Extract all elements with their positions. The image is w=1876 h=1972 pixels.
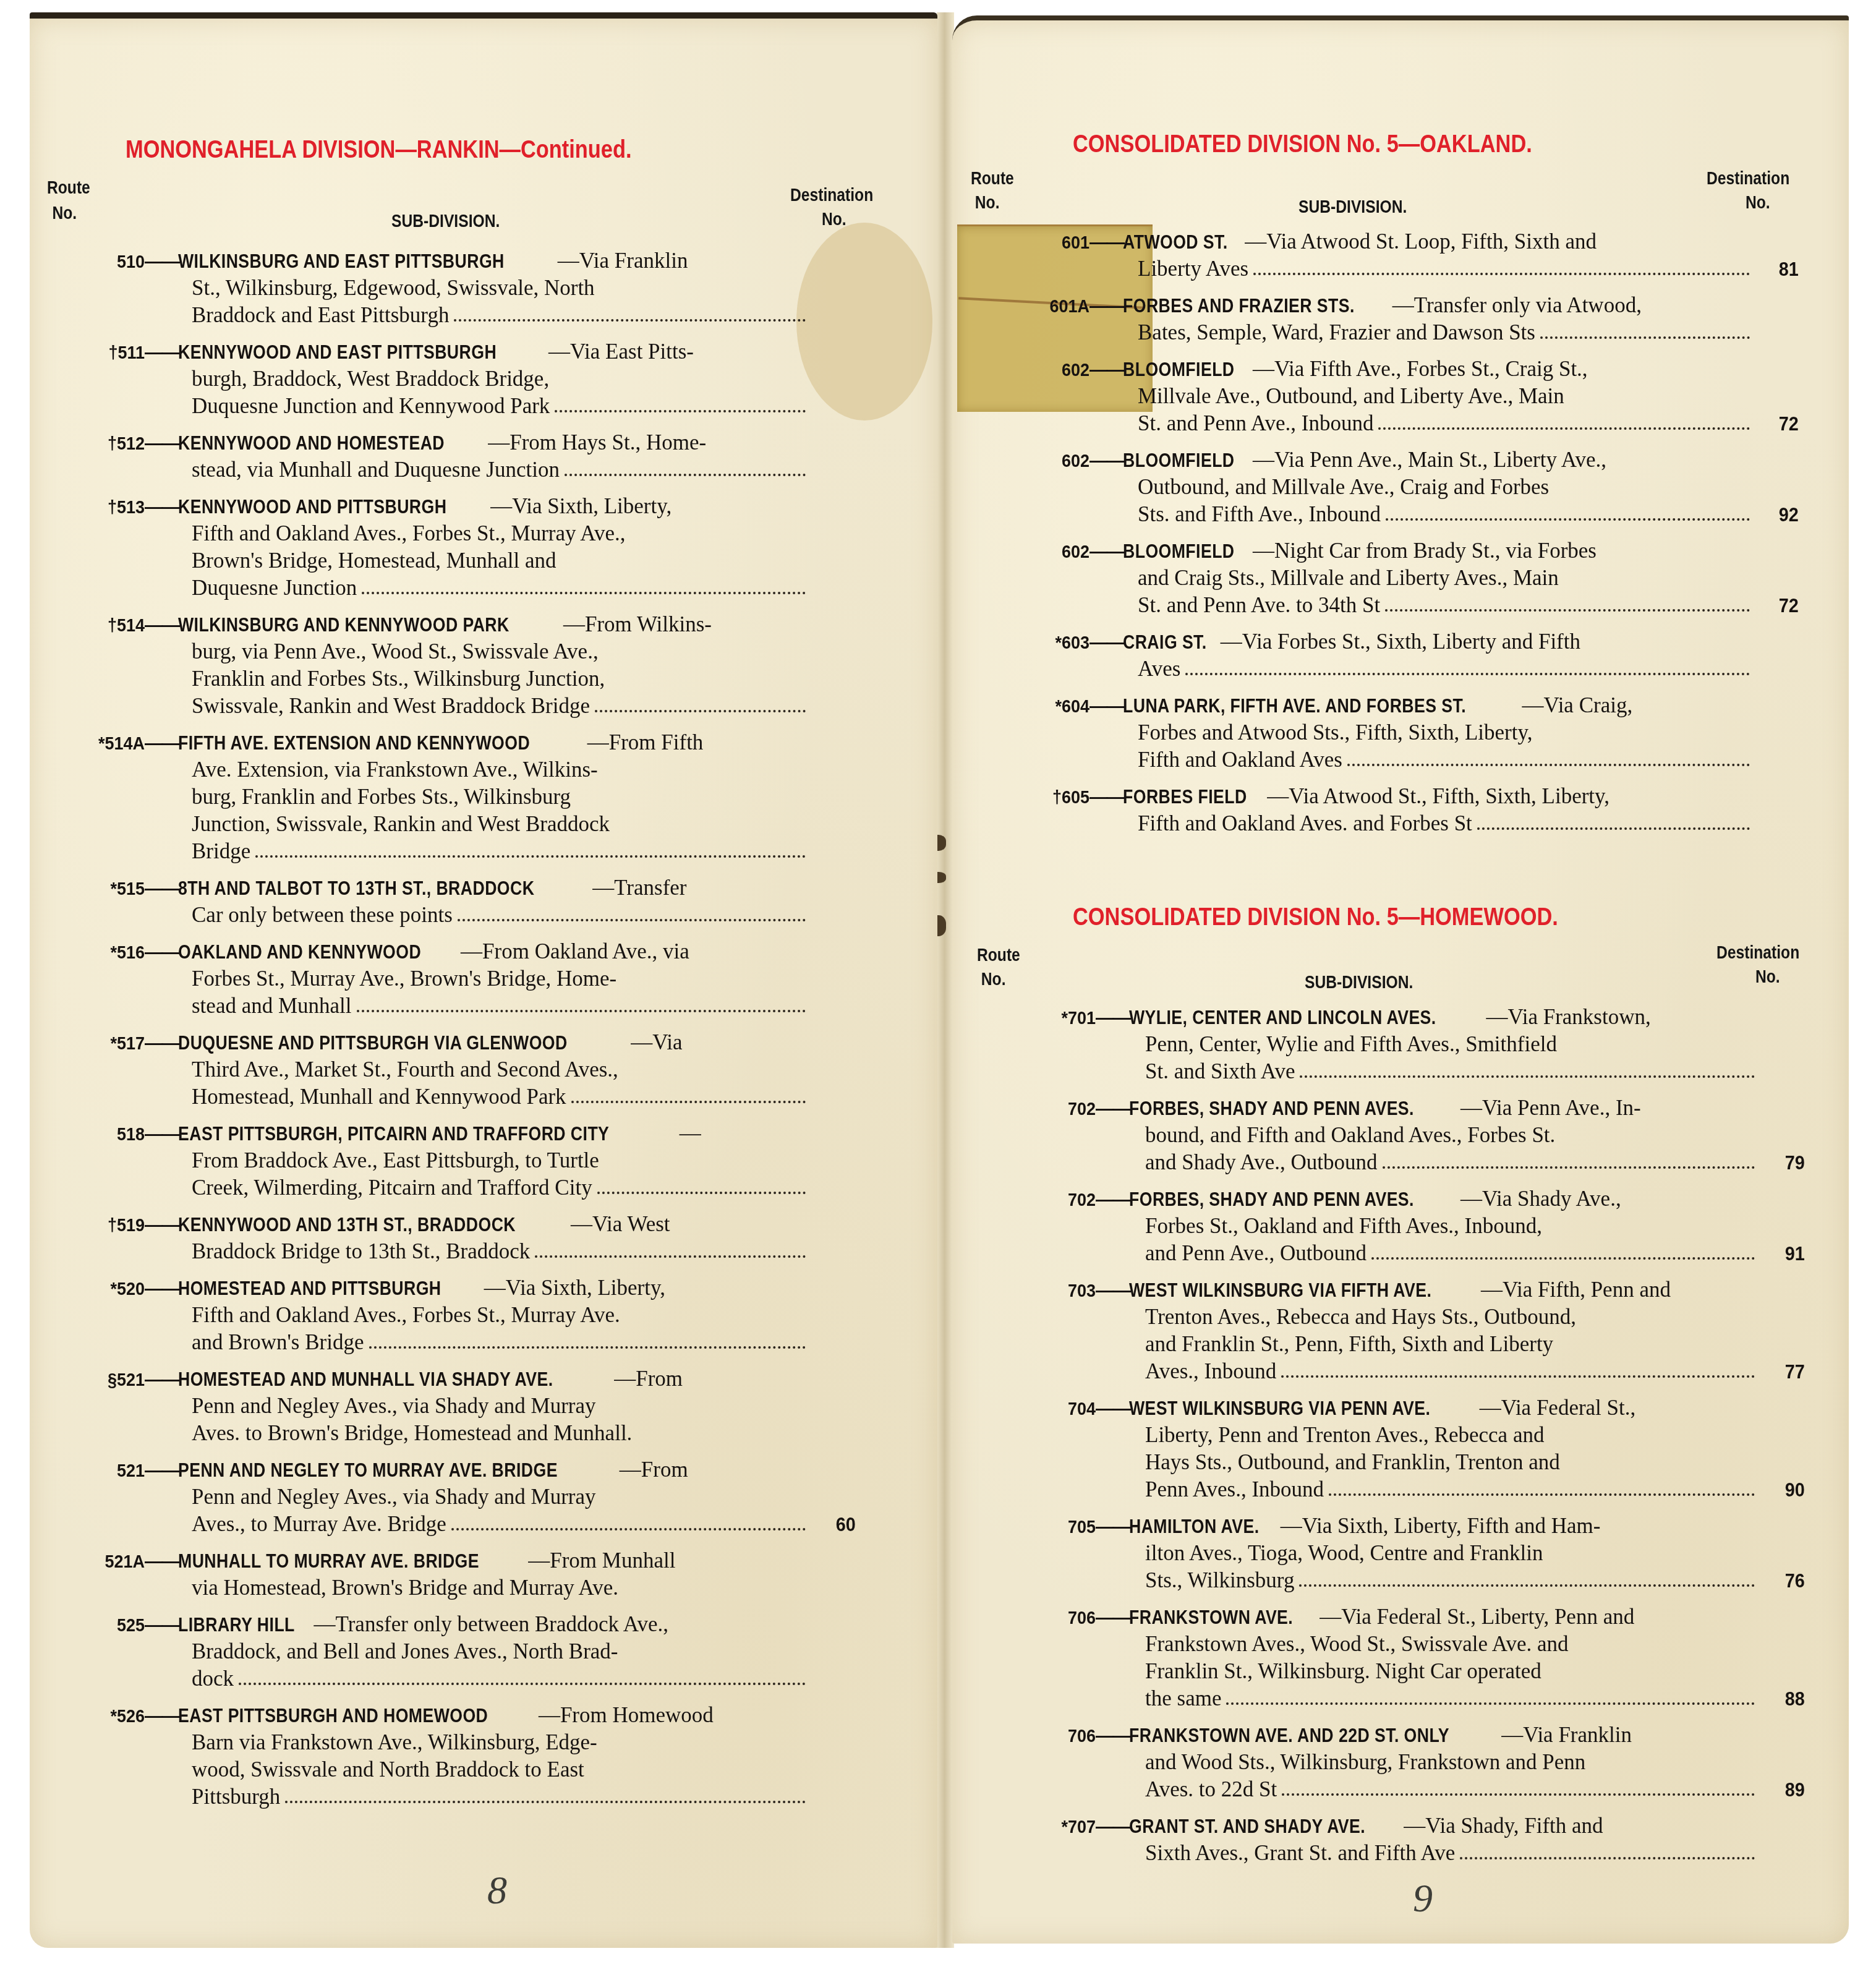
destination-number: 72 [1779, 592, 1799, 619]
entry-first-line: *603——CRAIG ST.—Via Forbes St., Sixth, L… [952, 628, 1849, 655]
left-page: MONONGAHELA DIVISION—RANKIN—Continued. R… [30, 12, 937, 1948]
entry-continuation-line: Aves., to Murray Ave. Bridge60 [30, 1511, 937, 1538]
dot-leader [535, 1255, 806, 1258]
entry-continuation-line: Penn and Negley Aves., via Shady and Mur… [30, 1393, 937, 1420]
entry-first-line: †605——FORBES FIELD—Via Atwood St., Fifth… [952, 783, 1849, 810]
route-number: 602 [966, 357, 1089, 384]
route-description: Fifth and Oakland Aves., Forbes St., Mur… [192, 1303, 620, 1327]
dot-leader [451, 1528, 806, 1530]
page-number: 8 [487, 1867, 507, 1913]
entry-continuation-line: Liberty Aves81 [952, 255, 1849, 283]
destination-number: 77 [1785, 1358, 1805, 1385]
route-description: —Via Federal St., [1480, 1394, 1636, 1422]
route-entry: 602——BLOOMFIELD—Night Car from Brady St.… [952, 537, 1849, 619]
dot-leader [255, 855, 806, 858]
route-number: †513 [41, 494, 145, 521]
destination-col-header: Destination No. [790, 186, 873, 230]
dot-leader [1460, 1857, 1755, 1859]
route-list-oakland: 601——ATWOOD ST.—Via Atwood St. Loop, Fif… [952, 228, 1849, 847]
entry-continuation-line: Aves. to 22d St89 [952, 1776, 1849, 1803]
subdivision-title: FIFTH AVE. EXTENSION AND KENNYWOOD [178, 730, 530, 757]
route-description: stead and Munhall [192, 994, 352, 1018]
book-spine [937, 12, 954, 1948]
route-entry: 601A——FORBES AND FRAZIER STS.—Transfer o… [952, 292, 1849, 346]
route-entry: 706——FRANKSTOWN AVE.—Via Federal St., Li… [952, 1603, 1849, 1712]
entry-continuation-line: dock [30, 1665, 937, 1692]
entry-first-line: 602——BLOOMFIELD—Via Fifth Ave., Forbes S… [952, 356, 1849, 383]
entry-continuation-line: Fifth and Oakland Aves., Forbes St., Mur… [30, 520, 937, 547]
route-description: Penn and Negley Aves., via Shady and Mur… [192, 1394, 596, 1418]
dot-leader [1253, 273, 1750, 275]
entry-continuation-line: the same88 [952, 1685, 1849, 1712]
route-description: Fifth and Oakland Aves. and Forbes St [1138, 811, 1472, 835]
route-description: Hays Sts., Outbound, and Franklin, Trent… [1145, 1450, 1560, 1474]
entry-first-line: *516——OAKLAND AND KENNYWOOD—From Oakland… [30, 938, 937, 965]
route-description: —Via Shady, Fifth and [1404, 1812, 1603, 1840]
route-description: —Via Frankstown, [1486, 1004, 1651, 1031]
entry-continuation-line: Brown's Bridge, Homestead, Munhall and [30, 547, 937, 574]
entry-first-line: 706——FRANKSTOWN AVE. AND 22D ST. ONLY—Vi… [952, 1722, 1849, 1749]
entry-continuation-line: Car only between these points [30, 902, 937, 929]
route-description: Swissvale, Rankin and West Braddock Brid… [192, 694, 590, 718]
dot-leader [362, 592, 806, 594]
subdivision-title: BLOOMFIELD [1123, 356, 1235, 383]
route-description: —From Hays St., Home- [488, 429, 706, 456]
route-description: and Shady Ave., Outbound [1145, 1150, 1378, 1174]
dot-leader [1347, 764, 1750, 766]
entry-continuation-line: Fifth and Oakland Aves [952, 746, 1849, 774]
route-entry: 702——FORBES, SHADY AND PENN AVES.—Via Pe… [952, 1095, 1849, 1176]
subdivision-title: CRAIG ST. [1123, 629, 1207, 656]
entry-continuation-line: St. and Sixth Ave [952, 1058, 1849, 1085]
entry-continuation-line: Junction, Swissvale, Rankin and West Bra… [30, 811, 937, 838]
subdivision-title: HOMESTEAD AND PITTSBURGH [178, 1275, 441, 1302]
route-description: —Via [631, 1029, 682, 1056]
entry-continuation-line: Ave. Extension, via Frankstown Ave., Wil… [30, 756, 937, 783]
route-number: †514 [41, 612, 145, 639]
entry-continuation-line: Penn Aves., Inbound90 [952, 1476, 1849, 1503]
entry-continuation-line: Forbes and Atwood Sts., Fifth, Sixth, Li… [952, 719, 1849, 746]
subdivision-title: LUNA PARK, FIFTH AVE. AND FORBES ST. [1123, 693, 1466, 720]
route-description: burg, Franklin and Forbes Sts., Wilkinsb… [192, 785, 571, 809]
route-dash: —— [145, 1367, 178, 1394]
subdivision-title: KENNYWOOD AND HOMESTEAD [178, 430, 445, 457]
route-description: —Via Franklin [558, 247, 688, 275]
entry-continuation-line: Pittsburgh [30, 1783, 937, 1811]
destination-number: 90 [1785, 1476, 1805, 1503]
destination-label: Destination [1707, 169, 1789, 189]
route-description: Millvale Ave., Outbound, and Liberty Ave… [1138, 384, 1564, 408]
route-description: — [680, 1120, 701, 1147]
route-description: —From Fifth [587, 729, 704, 756]
route-description: —Via Fifth Ave., Forbes St., Craig St., [1253, 356, 1588, 383]
entry-first-line: 703——WEST WILKINSBURG VIA FIFTH AVE.—Via… [952, 1276, 1849, 1304]
route-description: Liberty Aves [1138, 257, 1248, 281]
route-dash: —— [145, 1030, 178, 1057]
route-number: 510 [41, 249, 145, 276]
route-description: Sts., Wilkinsburg [1145, 1568, 1294, 1592]
route-no-label: No. [981, 970, 1020, 990]
route-dash: —— [145, 430, 178, 458]
entry-first-line: 525——LIBRARY HILL—Transfer only between … [30, 1611, 937, 1638]
entry-continuation-line: bound, and Fifth and Oakland Aves., Forb… [952, 1122, 1849, 1149]
route-dash: —— [1089, 630, 1123, 657]
entry-continuation-line: wood, Swissvale and North Braddock to Ea… [30, 1756, 937, 1783]
entry-first-line: †513——KENNYWOOD AND PITTSBURGH—Via Sixth… [30, 493, 937, 520]
route-description: St. and Sixth Ave [1145, 1059, 1295, 1083]
entry-first-line: 702——FORBES, SHADY AND PENN AVES.—Via Pe… [952, 1095, 1849, 1122]
route-col-header: Route No. [977, 945, 1020, 990]
entry-continuation-line: Trenton Aves., Rebecca and Hays Sts., Ou… [952, 1304, 1849, 1331]
route-no-label: No. [975, 193, 1014, 213]
entry-continuation-line: via Homestead, Brown's Bridge and Murray… [30, 1574, 937, 1602]
route-number: 518 [41, 1121, 145, 1148]
route-description: Barn via Frankstown Ave., Wilkinsburg, E… [192, 1730, 597, 1754]
dot-leader [285, 1801, 806, 1803]
route-description: St. and Penn Ave., Inbound [1138, 411, 1373, 435]
entry-continuation-line: and Penn Ave., Outbound91 [952, 1240, 1849, 1267]
route-description: Penn Aves., Inbound [1145, 1477, 1324, 1501]
entry-continuation-line: Penn and Negley Aves., via Shady and Mur… [30, 1483, 937, 1511]
route-description: via Homestead, Brown's Bridge and Murray… [192, 1576, 618, 1600]
route-description: Aves. to 22d St [1145, 1777, 1277, 1801]
route-description: bound, and Fifth and Oakland Aves., Forb… [1145, 1123, 1555, 1147]
route-description: Forbes St., Murray Ave., Brown's Bridge,… [192, 967, 616, 991]
subdivision-title: BLOOMFIELD [1123, 447, 1235, 474]
entry-continuation-line: Sts. and Fifth Ave., Inbound92 [952, 501, 1849, 528]
route-description: —From Wilkins- [563, 611, 712, 638]
route-entry: 521——PENN AND NEGLEY TO MURRAY AVE. BRID… [30, 1456, 937, 1538]
route-description: Aves. to Brown's Bridge, Homestead and M… [192, 1421, 632, 1445]
route-number: 521A [41, 1548, 145, 1576]
subdivision-title: ATWOOD ST. [1123, 229, 1228, 256]
route-entry: †511——KENNYWOOD AND EAST PITTSBURGH—Via … [30, 338, 937, 420]
route-description: Third Ave., Market St., Fourth and Secon… [192, 1057, 618, 1082]
subdivision-title: MUNHALL TO MURRAY AVE. BRIDGE [178, 1548, 479, 1575]
route-number: 706 [966, 1723, 1096, 1750]
dot-leader [1540, 336, 1750, 339]
entry-continuation-line: Third Ave., Market St., Fourth and Secon… [30, 1056, 937, 1083]
route-description: —Via Shady Ave., [1460, 1185, 1621, 1213]
destination-number: 79 [1785, 1149, 1805, 1176]
dot-leader [1477, 827, 1750, 830]
dot-leader [1299, 1584, 1755, 1587]
route-entry: *701——WYLIE, CENTER AND LINCOLN AVES.—Vi… [952, 1004, 1849, 1085]
route-number: *520 [41, 1276, 145, 1303]
dot-leader [1281, 1375, 1755, 1378]
entry-continuation-line: and Craig Sts., Millvale and Liberty Ave… [952, 565, 1849, 592]
entry-first-line: 706——FRANKSTOWN AVE.—Via Federal St., Li… [952, 1603, 1849, 1631]
route-number: *707 [966, 1814, 1096, 1841]
destination-number: 72 [1779, 410, 1799, 437]
entry-continuation-line: Hays Sts., Outbound, and Franklin, Trent… [952, 1449, 1849, 1476]
route-entry: 704——WEST WILKINSBURG VIA PENN AVE.—Via … [952, 1394, 1849, 1503]
route-description: —From Munhall [528, 1547, 675, 1574]
route-description: —Via Sixth, Liberty, [490, 493, 672, 520]
destination-number: 92 [1779, 501, 1799, 528]
entry-first-line: 602——BLOOMFIELD—Night Car from Brady St.… [952, 537, 1849, 565]
route-description: ilton Aves., Tioga, Wood, Centre and Fra… [1145, 1541, 1543, 1565]
dot-leader [565, 474, 806, 476]
route-number: 702 [966, 1096, 1096, 1123]
route-description: —Night Car from Brady St., via Forbes [1253, 537, 1597, 565]
route-description: St. and Penn Ave. to 34th St [1138, 593, 1380, 617]
entry-first-line: 702——FORBES, SHADY AND PENN AVES.—Via Sh… [952, 1185, 1849, 1213]
entry-continuation-line: St. and Penn Ave., Inbound72 [952, 410, 1849, 437]
route-description: —Via West [571, 1211, 670, 1238]
entry-continuation-line: Braddock and East Pittsburgh [30, 302, 937, 329]
right-page: CONSOLIDATED DIVISION No. 5—OAKLAND. Rou… [952, 15, 1849, 1944]
route-description: Franklin and Forbes Sts., Wilkinsburg Ju… [192, 667, 605, 691]
entry-continuation-line: Swissvale, Rankin and West Braddock Brid… [30, 693, 937, 720]
route-entry: †519——KENNYWOOD AND 13TH ST., BRADDOCK—V… [30, 1211, 937, 1265]
entry-continuation-line: Sixth Aves., Grant St. and Fifth Ave [952, 1840, 1849, 1867]
destination-number: 88 [1785, 1685, 1805, 1712]
route-description: —Via Fifth, Penn and [1481, 1276, 1671, 1304]
route-description: —Transfer only between Braddock Ave., [314, 1611, 668, 1638]
page-number: 9 [1413, 1876, 1433, 1921]
route-entry: *517——DUQUESNE AND PITTSBURGH VIA GLENWO… [30, 1029, 937, 1111]
dot-leader [1383, 1166, 1755, 1169]
route-description: Penn, Center, Wylie and Fifth Aves., Smi… [1145, 1032, 1557, 1056]
destination-label: Destination [1716, 943, 1799, 963]
route-description: Braddock Bridge to 13th St., Braddock [192, 1239, 530, 1263]
route-description: Aves [1138, 657, 1180, 681]
route-description: and Penn Ave., Outbound [1145, 1241, 1366, 1265]
route-entry: *515——8TH AND TALBOT TO 13TH ST., BRADDO… [30, 874, 937, 929]
destination-number: 60 [836, 1511, 856, 1538]
subdivision-title: FORBES, SHADY AND PENN AVES. [1129, 1186, 1414, 1213]
route-description: burgh, Braddock, West Braddock Bridge, [192, 367, 549, 391]
route-entry: 602——BLOOMFIELD—Via Fifth Ave., Forbes S… [952, 356, 1849, 437]
entry-first-line: *514A——FIFTH AVE. EXTENSION AND KENNYWOO… [30, 729, 937, 756]
route-description: stead, via Munhall and Duquesne Junction [192, 458, 560, 482]
route-number: 706 [966, 1605, 1096, 1632]
dot-leader [555, 410, 806, 412]
route-description: —Via Atwood St., Fifth, Sixth, Liberty, [1267, 783, 1610, 810]
entry-first-line: 510——WILKINSBURG AND EAST PITTSBURGH—Via… [30, 247, 937, 275]
subdivision-title: DUQUESNE AND PITTSBURGH VIA GLENWOOD [178, 1030, 568, 1057]
entry-first-line: §521——HOMESTEAD AND MUNHALL VIA SHADY AV… [30, 1365, 937, 1393]
dot-leader [454, 319, 806, 322]
route-label: Route [971, 169, 1014, 189]
route-entry: 702——FORBES, SHADY AND PENN AVES.—Via Sh… [952, 1185, 1849, 1267]
route-dash: —— [1096, 1096, 1129, 1123]
route-entry: §521——HOMESTEAD AND MUNHALL VIA SHADY AV… [30, 1365, 937, 1447]
route-dash: —— [145, 339, 178, 367]
route-col-header: Route No. [971, 169, 1014, 213]
route-entry: *514A——FIFTH AVE. EXTENSION AND KENNYWOO… [30, 729, 937, 865]
dot-leader [458, 919, 806, 921]
route-number: 521 [41, 1458, 145, 1485]
division-heading-oakland: CONSOLIDATED DIVISION No. 5—OAKLAND. [1073, 130, 1532, 158]
route-entry: †605——FORBES FIELD—Via Atwood St., Fifth… [952, 783, 1849, 837]
entry-continuation-line: Bates, Semple, Ward, Frazier and Dawson … [952, 319, 1849, 346]
destination-number: 81 [1779, 255, 1799, 283]
dot-leader [1386, 518, 1750, 521]
route-number: †519 [41, 1212, 145, 1239]
subdivision-title: FORBES FIELD [1123, 783, 1247, 811]
route-description: Sts. and Fifth Ave., Inbound [1138, 502, 1381, 526]
entry-first-line: 601——ATWOOD ST.—Via Atwood St. Loop, Fif… [952, 228, 1849, 255]
route-number: 703 [966, 1278, 1096, 1305]
subdivision-title: BLOOMFIELD [1123, 538, 1235, 565]
route-description: Aves., to Murray Ave. Bridge [192, 1512, 446, 1536]
route-number: †511 [41, 339, 145, 367]
dot-leader [597, 1192, 806, 1194]
route-dash: —— [1096, 1514, 1129, 1541]
route-description: Duquesne Junction and Kennywood Park [192, 394, 550, 418]
destination-no-label: No. [1746, 193, 1789, 213]
route-entry: 510——WILKINSBURG AND EAST PITTSBURGH—Via… [30, 247, 937, 329]
entry-continuation-line: Millvale Ave., Outbound, and Liberty Ave… [952, 383, 1849, 410]
entry-continuation-line: St., Wilkinsburg, Edgewood, Swissvale, N… [30, 275, 937, 302]
entry-continuation-line: Homestead, Munhall and Kennywood Park [30, 1083, 937, 1111]
entry-continuation-line: Aves., Inbound77 [952, 1358, 1849, 1385]
route-number: 704 [966, 1396, 1096, 1423]
route-description: Braddock, and Bell and Jones Aves., Nort… [192, 1639, 618, 1663]
route-description: From Braddock Ave., East Pittsburgh, to … [192, 1148, 599, 1172]
entry-continuation-line: St. and Penn Ave. to 34th St72 [952, 592, 1849, 619]
route-description: Liberty, Penn and Trenton Aves., Rebecca… [1145, 1423, 1544, 1447]
route-dash: —— [1089, 693, 1123, 720]
route-dash: —— [145, 939, 178, 967]
subdivision-col-header: SUB-DIVISION. [1305, 973, 1413, 993]
dot-leader [571, 1101, 806, 1103]
entry-continuation-line: Frankstown Aves., Wood St., Swissvale Av… [952, 1631, 1849, 1658]
route-description: burg, via Penn Ave., Wood St., Swissvale… [192, 639, 599, 664]
route-dash: —— [1089, 539, 1123, 566]
route-entry: *516——OAKLAND AND KENNYWOOD—From Oakland… [30, 938, 937, 1020]
dot-leader [1329, 1493, 1755, 1496]
route-number: *515 [41, 876, 145, 903]
route-dash: —— [1089, 448, 1123, 475]
route-number: †605 [966, 784, 1089, 811]
entry-first-line: †519——KENNYWOOD AND 13TH ST., BRADDOCK—V… [30, 1211, 937, 1238]
route-description: Frankstown Aves., Wood St., Swissvale Av… [1145, 1632, 1569, 1656]
entry-first-line: *520——HOMESTEAD AND PITTSBURGH—Via Sixth… [30, 1274, 937, 1302]
entry-first-line: †514——WILKINSBURG AND KENNYWOOD PARK—Fro… [30, 611, 937, 638]
route-dash: —— [145, 612, 178, 639]
entry-continuation-line: Forbes St., Oakland and Fifth Aves., Inb… [952, 1213, 1849, 1240]
dot-leader [1226, 1702, 1755, 1705]
route-entry: †512——KENNYWOOD AND HOMESTEAD—From Hays … [30, 429, 937, 484]
route-description: Duquesne Junction [192, 576, 357, 600]
entry-continuation-line: Aves [952, 655, 1849, 683]
destination-label: Destination [790, 186, 873, 206]
route-description: Trenton Aves., Rebecca and Hays Sts., Ou… [1145, 1305, 1576, 1329]
route-dash: —— [1089, 784, 1123, 811]
subdivision-title: OAKLAND AND KENNYWOOD [178, 939, 421, 966]
entry-continuation-line: Creek, Wilmerding, Pitcairn and Trafford… [30, 1174, 937, 1202]
entry-continuation-line: burg, via Penn Ave., Wood St., Swissvale… [30, 638, 937, 665]
dot-leader [239, 1683, 806, 1685]
route-list: 510——WILKINSBURG AND EAST PITTSBURGH—Via… [30, 247, 937, 1820]
subdivision-title: WEST WILKINSBURG VIA PENN AVE. [1129, 1395, 1430, 1422]
entry-continuation-line: Franklin St., Wilkinsburg. Night Car ope… [952, 1658, 1849, 1685]
subdivision-title: KENNYWOOD AND EAST PITTSBURGH [178, 339, 497, 366]
route-entry: †513——KENNYWOOD AND PITTSBURGH—Via Sixth… [30, 493, 937, 602]
subdivision-title: WEST WILKINSBURG VIA FIFTH AVE. [1129, 1277, 1431, 1304]
route-number: 602 [966, 448, 1089, 475]
route-description: Creek, Wilmerding, Pitcairn and Trafford… [192, 1176, 592, 1200]
route-description: Braddock and East Pittsburgh [192, 303, 449, 327]
dot-leader [1185, 673, 1750, 675]
route-description: —Via Franklin [1501, 1722, 1632, 1749]
route-description: —Via Penn Ave., In- [1460, 1095, 1641, 1122]
route-description: Sixth Aves., Grant St. and Fifth Ave [1145, 1841, 1455, 1865]
entry-continuation-line: Braddock Bridge to 13th St., Braddock [30, 1238, 937, 1265]
route-dash: —— [1089, 357, 1123, 384]
route-dash: —— [1096, 1396, 1129, 1423]
route-description: —Via East Pitts- [548, 338, 694, 365]
entry-first-line: †512——KENNYWOOD AND HOMESTEAD—From Hays … [30, 429, 937, 456]
dot-leader [595, 710, 806, 712]
route-description: —From [614, 1365, 683, 1393]
route-description: Ave. Extension, via Frankstown Ave., Wil… [192, 758, 598, 782]
route-entry: 703——WEST WILKINSBURG VIA FIFTH AVE.—Via… [952, 1276, 1849, 1385]
subdivision-title: FORBES, SHADY AND PENN AVES. [1129, 1095, 1414, 1122]
route-description: Homestead, Munhall and Kennywood Park [192, 1085, 566, 1109]
entry-continuation-line: Forbes St., Murray Ave., Brown's Bridge,… [30, 965, 937, 992]
route-entry: 521A——MUNHALL TO MURRAY AVE. BRIDGE—From… [30, 1547, 937, 1602]
route-number: *514A [41, 730, 145, 758]
entry-continuation-line: burg, Franklin and Forbes Sts., Wilkinsb… [30, 783, 937, 811]
route-dash: —— [145, 1703, 178, 1730]
subdivision-title: WILKINSBURG AND EAST PITTSBURGH [178, 248, 505, 275]
route-description: Junction, Swissvale, Rankin and West Bra… [192, 812, 610, 836]
route-entry: 706——FRANKSTOWN AVE. AND 22D ST. ONLY—Vi… [952, 1722, 1849, 1803]
subdivision-title: FRANKSTOWN AVE. [1129, 1604, 1293, 1631]
route-description: and Brown's Bridge [192, 1330, 364, 1354]
route-description: Car only between these points [192, 903, 453, 927]
entry-continuation-line: Penn, Center, Wylie and Fifth Aves., Smi… [952, 1031, 1849, 1058]
dot-leader [357, 1010, 806, 1012]
route-description: wood, Swissvale and North Braddock to Ea… [192, 1757, 584, 1782]
subdivision-title: KENNYWOOD AND 13TH ST., BRADDOCK [178, 1211, 516, 1239]
entry-continuation-line: Liberty, Penn and Trenton Aves., Rebecca… [952, 1422, 1849, 1449]
subdivision-title: KENNYWOOD AND PITTSBURGH [178, 493, 446, 521]
route-entry: †514——WILKINSBURG AND KENNYWOOD PARK—Fro… [30, 611, 937, 720]
route-description: Forbes and Atwood Sts., Fifth, Sixth, Li… [1138, 720, 1532, 745]
entry-continuation-line: Franklin and Forbes Sts., Wilkinsburg Ju… [30, 665, 937, 693]
route-dash: —— [1096, 1723, 1129, 1750]
subdivision-title: WYLIE, CENTER AND LINCOLN AVES. [1129, 1004, 1436, 1031]
entry-continuation-line: stead and Munhall [30, 992, 937, 1020]
route-dash: —— [1089, 229, 1123, 257]
route-dash: —— [145, 1212, 178, 1239]
dot-leader [1282, 1793, 1755, 1796]
route-description: —Via Federal St., Liberty, Penn and [1320, 1603, 1634, 1631]
route-description: —Transfer [592, 874, 686, 902]
route-number: 705 [966, 1514, 1096, 1541]
entry-continuation-line: Fifth and Oakland Aves., Forbes St., Mur… [30, 1302, 937, 1329]
dot-leader [369, 1346, 806, 1349]
entry-continuation-line: and Franklin St., Penn, Fifth, Sixth and… [952, 1331, 1849, 1358]
subdivision-title: FORBES AND FRAZIER STS. [1123, 292, 1355, 320]
entry-continuation-line: Duquesne Junction [30, 574, 937, 602]
route-description: and Franklin St., Penn, Fifth, Sixth and… [1145, 1332, 1553, 1356]
route-dash: —— [1089, 293, 1123, 320]
route-entry: 518——EAST PITTSBURGH, PITCAIRN AND TRAFF… [30, 1120, 937, 1202]
entry-continuation-line: and Shady Ave., Outbound79 [952, 1149, 1849, 1176]
route-entry: *603——CRAIG ST.—Via Forbes St., Sixth, L… [952, 628, 1849, 683]
route-dash: —— [145, 1121, 178, 1148]
entry-continuation-line: Fifth and Oakland Aves. and Forbes St [952, 810, 1849, 837]
entry-continuation-line: Aves. to Brown's Bridge, Homestead and M… [30, 1420, 937, 1447]
route-col-header: Route No. [47, 178, 90, 224]
entry-continuation-line: From Braddock Ave., East Pittsburgh, to … [30, 1147, 937, 1174]
